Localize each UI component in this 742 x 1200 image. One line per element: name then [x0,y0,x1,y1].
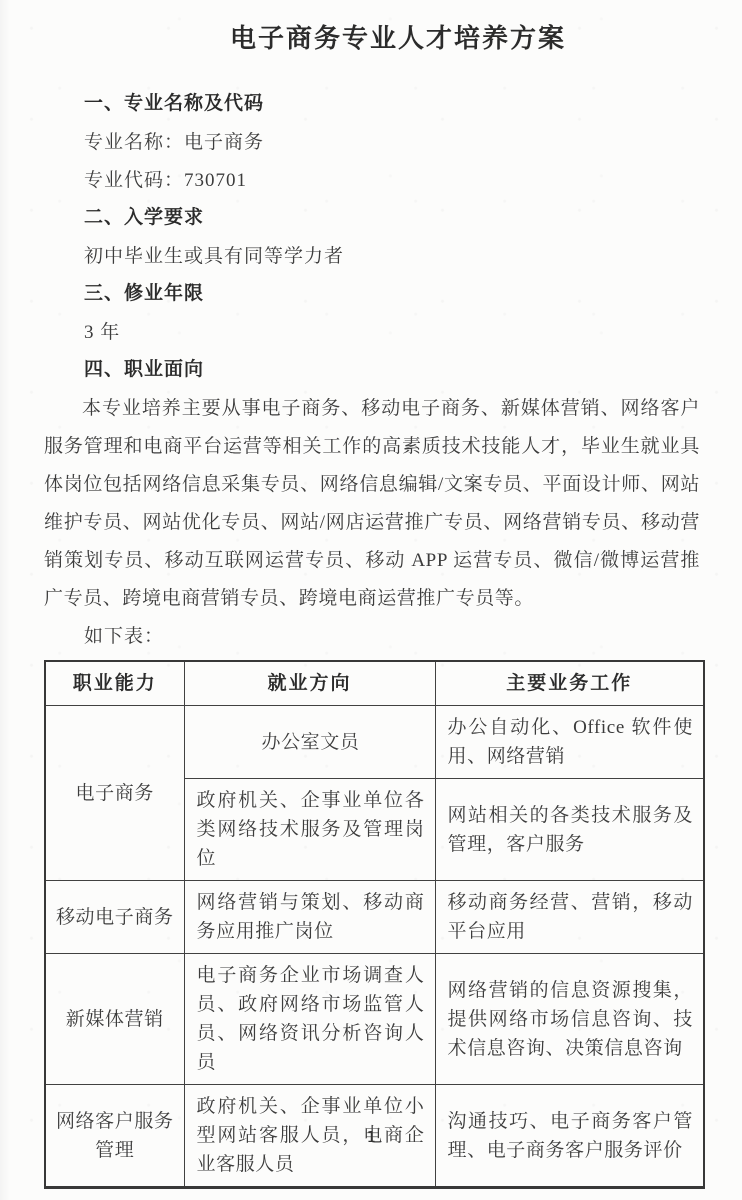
table-row: 电子商务 办公室文员 办公自动化、Office 软件使用、网络营销 [45,706,704,779]
direction-cell: 网络营销与策划、移动商务应用推广岗位 [184,881,435,954]
section-heading-1: 一、专业名称及代码 [44,90,700,118]
header-work: 主要业务工作 [435,661,704,706]
major-name-line: 专业名称：电子商务 [44,124,700,162]
ability-cell-mobile-ecommerce: 移动电子商务 [45,881,184,954]
table-row: 移动电子商务 网络营销与策划、移动商务应用推广岗位 移动商务经营、营销，移动平台… [45,881,704,954]
study-duration-line: 3 年 [44,314,700,352]
header-ability: 职业能力 [45,661,184,706]
page-number: 1 [0,1128,742,1146]
work-cell: 网络营销的信息资源搜集，提供网络市场信息咨询、技术信息咨询、决策信息咨询 [435,954,704,1085]
table-header-row: 职业能力 就业方向 主要业务工作 [45,661,704,706]
work-cell: 网站相关的各类技术服务及管理，客户服务 [435,779,704,881]
career-orientation-paragraph: 本专业培养主要从事电子商务、移动电子商务、新媒体营销、网络客户服务管理和电商平台… [44,390,700,618]
ability-cell-ecommerce: 电子商务 [45,706,184,881]
table-row: 新媒体营销 电子商务企业市场调查人员、政府网络市场监管人员、网络资讯分析咨询人员… [45,954,704,1085]
direction-cell: 政府机关、企事业单位各类网络技术服务及管理岗位 [184,779,435,881]
section-heading-2: 二、入学要求 [44,204,700,232]
ability-cell-new-media: 新媒体营销 [45,954,184,1085]
header-direction: 就业方向 [184,661,435,706]
work-cell: 办公自动化、Office 软件使用、网络营销 [435,706,704,779]
direction-cell: 办公室文员 [184,706,435,779]
work-cell: 移动商务经营、营销，移动平台应用 [435,881,704,954]
section-heading-3: 三、修业年限 [44,280,700,308]
table-intro-line: 如下表： [44,618,700,656]
section-heading-4: 四、职业面向 [44,356,700,384]
major-code-line: 专业代码：730701 [44,162,700,200]
occupation-table: 职业能力 就业方向 主要业务工作 电子商务 办公室文员 办公自动化、Office… [44,660,705,1189]
page-title: 电子商务专业人才培养方案 [44,20,700,58]
document-page: 电子商务专业人才培养方案 一、专业名称及代码 专业名称：电子商务 专业代码：73… [0,0,742,1200]
admission-requirement-line: 初中毕业生或具有同等学力者 [44,238,700,276]
direction-cell: 电子商务企业市场调查人员、政府网络市场监管人员、网络资讯分析咨询人员 [184,954,435,1085]
